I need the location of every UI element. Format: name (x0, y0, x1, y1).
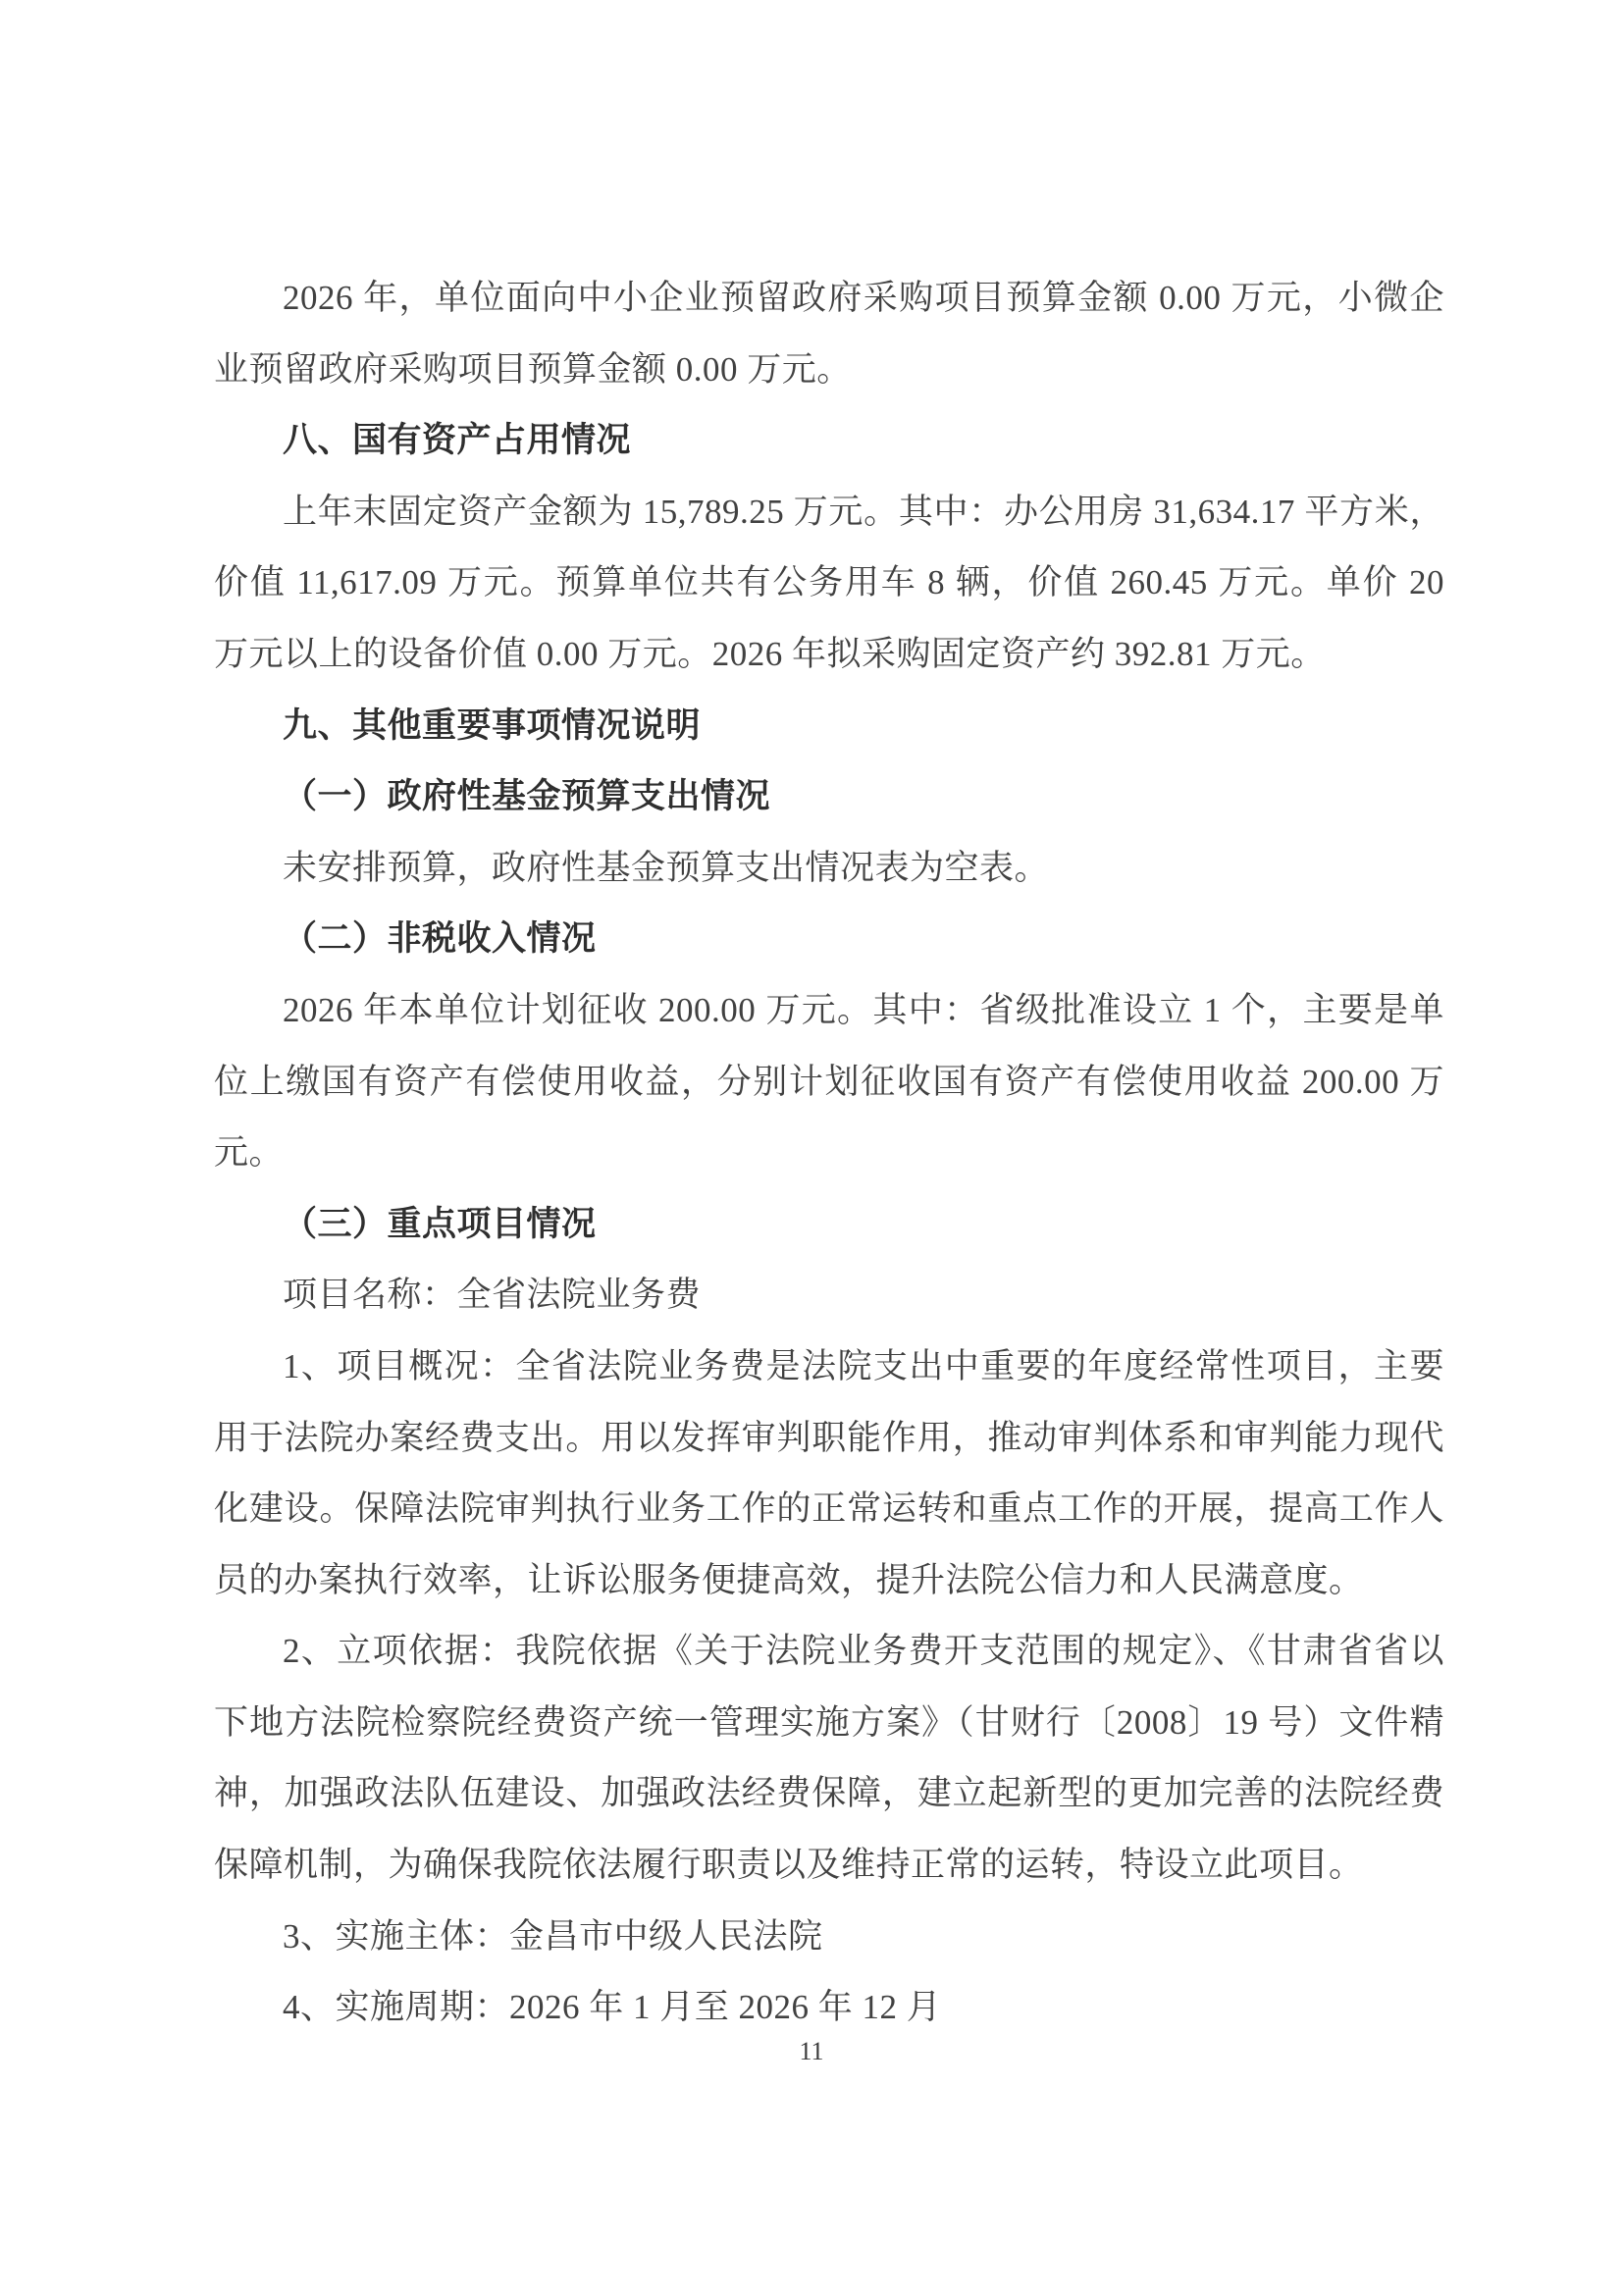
paragraph-project-name: 项目名称：全省法院业务费 (214, 1260, 1444, 1331)
paragraph-sme-procurement-reserve: 2026 年，单位面向中小企业预留政府采购项目预算金额 0.00 万元，小微企业… (214, 263, 1444, 405)
paragraph-govt-fund-budget-empty: 未安排预算，政府性基金预算支出情况表为空表。 (214, 833, 1444, 905)
a4-document-page: 2026 年，单位面向中小企业预留政府采购项目预算金额 0.00 万元，小微企业… (0, 0, 1623, 2296)
document-body: 2026 年，单位面向中小企业预留政府采购项目预算金额 0.00 万元，小微企业… (214, 263, 1444, 2044)
heading-section-8-state-assets: 八、国有资产占用情况 (214, 405, 1444, 477)
heading-section-9-other-items: 九、其他重要事项情况说明 (214, 691, 1444, 762)
paragraph-project-overview: 1、项目概况：全省法院业务费是法院支出中重要的年度经常性项目，主要用于法院办案经… (214, 1331, 1444, 1616)
paragraph-project-period: 4、实施周期：2026 年 1 月至 2026 年 12 月 (214, 1972, 1444, 2044)
paragraph-fixed-assets-detail: 上年末固定资产金额为 15,789.25 万元。其中：办公用房 31,634.1… (214, 477, 1444, 691)
heading-9-2-nontax-revenue: （二）非税收入情况 (214, 904, 1444, 975)
heading-9-1-govt-fund-budget: （一）政府性基金预算支出情况 (214, 761, 1444, 833)
paragraph-project-implementer: 3、实施主体：金昌市中级人民法院 (214, 1902, 1444, 1973)
page-footer: 11 (0, 2037, 1623, 2066)
page-number: 11 (799, 2037, 823, 2065)
heading-9-3-key-projects: （三）重点项目情况 (214, 1189, 1444, 1261)
paragraph-project-basis: 2、立项依据：我院依据《关于法院业务费开支范围的规定》、《甘肃省省以下地方法院检… (214, 1616, 1444, 1901)
paragraph-nontax-revenue-detail: 2026 年本单位计划征收 200.00 万元。其中：省级批准设立 1 个，主要… (214, 975, 1444, 1189)
